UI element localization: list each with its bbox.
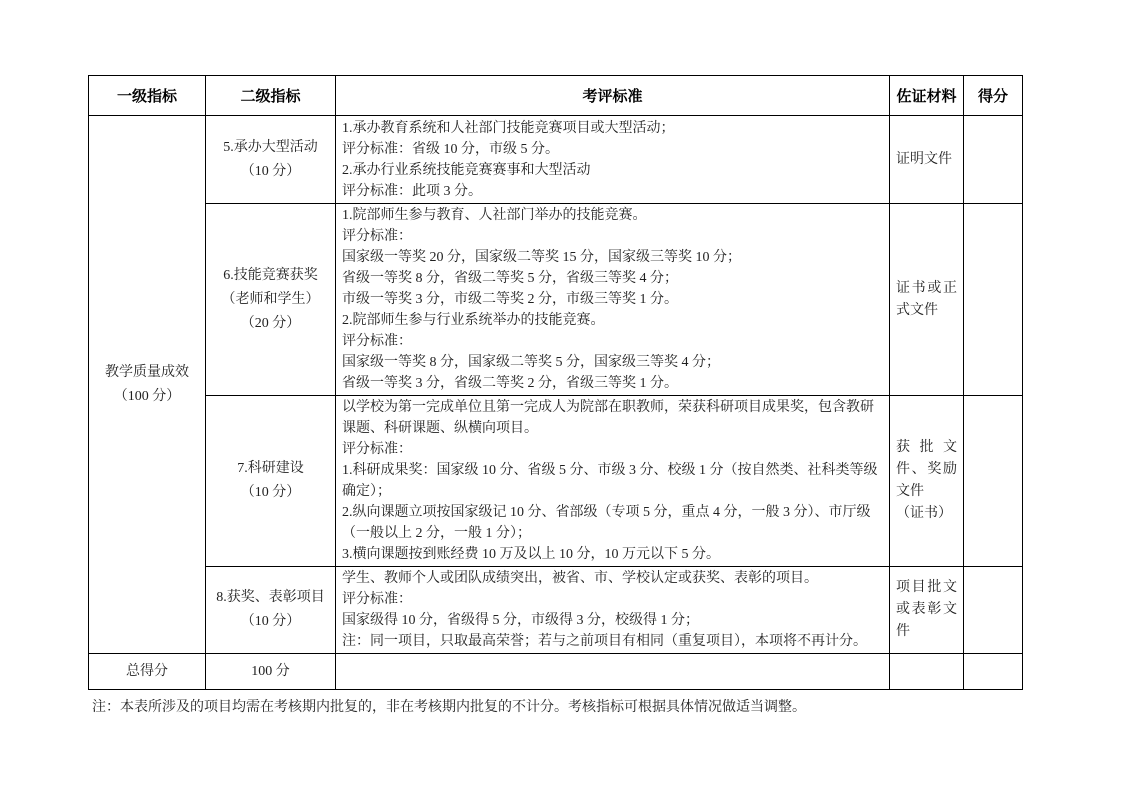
table-row-5: 教学质量成效 （100 分） 5.承办大型活动 （10 分） 1.承办教育系统和… (89, 116, 1023, 204)
score-cell-8 (964, 567, 1023, 654)
evidence-cell-6: 证书或正式文件 (890, 204, 964, 396)
indicator-cell-8: 8.获奖、表彰项目 （10 分） (206, 567, 336, 654)
total-evidence-cell (890, 654, 964, 690)
total-score-cell (964, 654, 1023, 690)
indicator-cell-5: 5.承办大型活动 （10 分） (206, 116, 336, 204)
score-cell-5 (964, 116, 1023, 204)
header-evidence: 佐证材料 (890, 76, 964, 116)
header-score: 得分 (964, 76, 1023, 116)
table-row-8: 8.获奖、表彰项目 （10 分） 学生、教师个人或团队成绩突出，被省、市、学校认… (89, 567, 1023, 654)
total-score-row: 总得分 100 分 (89, 654, 1023, 690)
header-criteria: 考评标准 (336, 76, 890, 116)
criteria-cell-5: 1.承办教育系统和人社部门技能竞赛项目或大型活动； 评分标准：省级 10 分，市… (336, 116, 890, 204)
total-score-value-cell: 100 分 (206, 654, 336, 690)
header-level1-indicator: 一级指标 (89, 76, 206, 116)
header-level2-indicator: 二级指标 (206, 76, 336, 116)
evidence-cell-7: 获批文件、奖励文件 （证书） (890, 396, 964, 567)
table-row-7: 7.科研建设 （10 分） 以学校为第一完成单位且第一完成人为院部在职教师，荣获… (89, 396, 1023, 567)
header-row: 一级指标 二级指标 考评标准 佐证材料 得分 (89, 76, 1023, 116)
criteria-cell-6: 1.院部师生参与教育、人社部门举办的技能竞赛。 评分标准： 国家级一等奖 20 … (336, 204, 890, 396)
evidence-cell-5: 证明文件 (890, 116, 964, 204)
criteria-cell-7: 以学校为第一完成单位且第一完成人为院部在职教师，荣获科研项目成果奖，包含教研课题… (336, 396, 890, 567)
evaluation-table: 一级指标 二级指标 考评标准 佐证材料 得分 教学质量成效 （100 分） 5.… (88, 75, 1023, 690)
score-cell-6 (964, 204, 1023, 396)
indicator-cell-7: 7.科研建设 （10 分） (206, 396, 336, 567)
total-score-label-cell: 总得分 (89, 654, 206, 690)
indicator-cell-6: 6.技能竞赛获奖 （老师和学生） （20 分） (206, 204, 336, 396)
table-row-6: 6.技能竞赛获奖 （老师和学生） （20 分） 1.院部师生参与教育、人社部门举… (89, 204, 1023, 396)
document-page: 一级指标 二级指标 考评标准 佐证材料 得分 教学质量成效 （100 分） 5.… (88, 75, 1048, 717)
score-cell-7 (964, 396, 1023, 567)
level1-indicator-cell: 教学质量成效 （100 分） (89, 116, 206, 654)
criteria-cell-8: 学生、教师个人或团队成绩突出，被省、市、学校认定或获奖、表彰的项目。 评分标准：… (336, 567, 890, 654)
evidence-cell-8: 项目批文或表彰文件 (890, 567, 964, 654)
total-criteria-cell (336, 654, 890, 690)
footnote: 注：本表所涉及的项目均需在考核期内批复的，非在考核期内批复的不计分。考核指标可根… (88, 698, 1048, 717)
